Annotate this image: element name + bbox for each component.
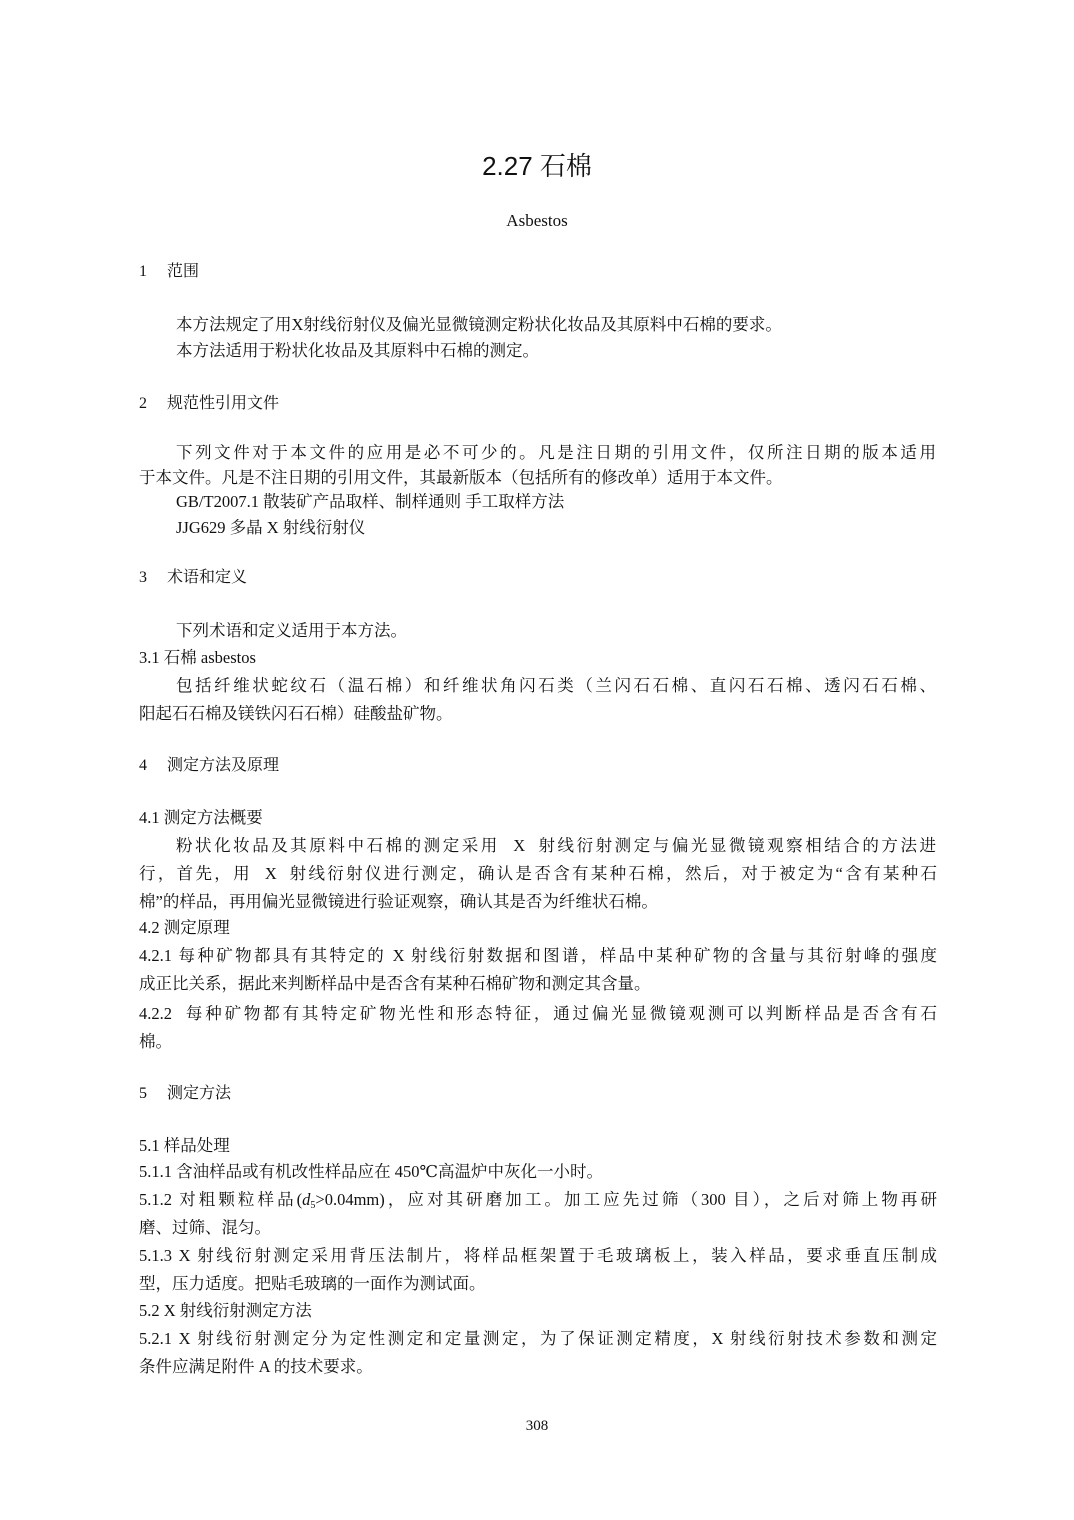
- paragraph: 棉。: [139, 1030, 172, 1054]
- term-heading: 3.1 石棉 asbestos: [139, 646, 256, 670]
- paragraph: 于本文件。凡是不注日期的引用文件，其最新版本（包括所有的修改单）适用于本文件。: [139, 466, 783, 490]
- page-title: 2.27 石棉: [0, 148, 1074, 184]
- paragraph: 本方法适用于粉状化妆品及其原料中石棉的测定。: [176, 339, 539, 363]
- paragraph: 型，压力适度。把贴毛玻璃的一面作为测试面。: [139, 1272, 486, 1296]
- document-page: 2.27 石棉 Asbestos 1范围 本方法规定了用X射线衍射仪及偏光显微镜…: [0, 0, 1074, 1520]
- section-3-heading: 3术语和定义: [139, 566, 247, 590]
- section-title: 规范性引用文件: [167, 395, 279, 412]
- paragraph: 5.2.1 X 射线衍射测定分为定性测定和定量测定，为了保证测定精度，X 射线衍…: [139, 1327, 937, 1351]
- text-run: >0.04mm)，应对其研磨加工。加工应先过筛（300 目），之后对筛上物再研: [315, 1190, 937, 1209]
- paragraph: 包括纤维状蛇纹石（温石棉）和纤维状角闪石类（兰闪石石棉、直闪石石棉、透闪石石棉、: [176, 674, 936, 698]
- section-number: 5: [139, 1082, 167, 1106]
- text-run: 5.1.2 对粗颗粒样品(: [139, 1190, 302, 1209]
- paragraph: 4.2.1 每种矿物都具有其特定的 X 射线衍射数据和图谱，样品中某种矿物的含量…: [139, 944, 937, 968]
- paragraph: 成正比关系，据此来判断样品中是否含有某种石棉矿物和测定其含量。: [139, 972, 651, 996]
- reference-item: GB/T2007.1 散装矿产品取样、制样通则 手工取样方法: [176, 490, 564, 514]
- paragraph: 5.1.1 含油样品或有机改性样品应在 450℃高温炉中灰化一小时。: [139, 1160, 603, 1184]
- section-title: 测定方法及原理: [167, 757, 279, 774]
- paragraph: 行，首先，用 X 射线衍射仪进行测定，确认是否含有某种石棉，然后，对于被定为“含…: [139, 862, 937, 886]
- paragraph: 5.1.2 对粗颗粒样品(d5>0.04mm)，应对其研磨加工。加工应先过筛（3…: [139, 1188, 937, 1218]
- paragraph: 下列术语和定义适用于本方法。: [176, 619, 407, 643]
- section-5-heading: 5测定方法: [139, 1082, 231, 1106]
- section-number: 2: [139, 392, 167, 416]
- section-2-heading: 2规范性引用文件: [139, 392, 279, 416]
- section-title: 测定方法: [167, 1085, 231, 1102]
- paragraph: 本方法规定了用X射线衍射仪及偏光显微镜测定粉状化妆品及其原料中石棉的要求。: [176, 313, 782, 337]
- paragraph: 粉状化妆品及其原料中石棉的测定采用 X 射线衍射测定与偏光显微镜观察相结合的方法…: [176, 834, 936, 858]
- section-1-heading: 1范围: [139, 260, 199, 284]
- subsection-heading: 5.2 X 射线衍射测定方法: [139, 1299, 312, 1323]
- page-subtitle: Asbestos: [0, 209, 1074, 233]
- paragraph: 4.2.2 每种矿物都有其特定矿物光性和形态特征，通过偏光显微镜观测可以判断样品…: [139, 1002, 937, 1026]
- section-number: 3: [139, 566, 167, 590]
- section-number: 4: [139, 754, 167, 778]
- subsection-heading: 4.1 测定方法概要: [139, 806, 263, 830]
- section-4-heading: 4测定方法及原理: [139, 754, 279, 778]
- paragraph: 阳起石石棉及镁铁闪石石棉）硅酸盐矿物。: [139, 702, 453, 726]
- section-title: 术语和定义: [167, 569, 247, 586]
- reference-item: JJG629 多晶 X 射线衍射仪: [176, 516, 365, 540]
- paragraph: 棉”的样品，再用偏光显微镜进行验证观察，确认其是否为纤维状石棉。: [139, 890, 658, 914]
- paragraph: 下列文件对于本文件的应用是必不可少的。凡是注日期的引用文件，仅所注日期的版本适用: [176, 441, 936, 465]
- subsection-heading: 5.1 样品处理: [139, 1134, 230, 1158]
- section-title: 范围: [167, 263, 199, 280]
- page-number: 308: [0, 1418, 1074, 1435]
- subsection-heading: 4.2 测定原理: [139, 916, 230, 940]
- section-number: 1: [139, 260, 167, 284]
- paragraph: 磨、过筛、混匀。: [139, 1216, 271, 1240]
- paragraph: 条件应满足附件 A 的技术要求。: [139, 1355, 373, 1379]
- paragraph: 5.1.3 X 射线衍射测定采用背压法制片，将样品框架置于毛玻璃板上，装入样品，…: [139, 1244, 937, 1268]
